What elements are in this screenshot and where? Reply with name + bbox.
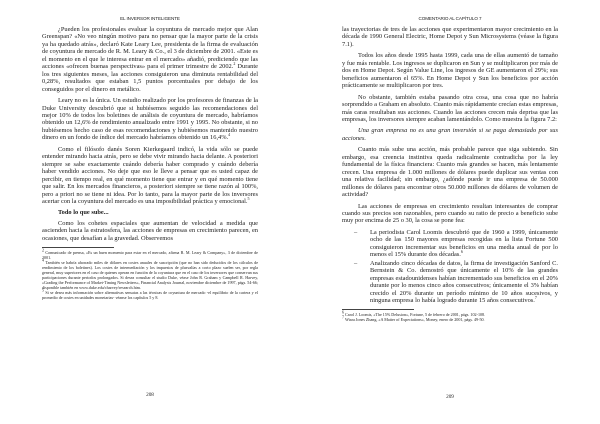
footnote: 2 Comunicado de prensa, «Es un buen mome… bbox=[42, 250, 258, 260]
emphasis-paragraph: Una gran empresa no es una gran inversió… bbox=[342, 127, 558, 142]
footnote-ref[interactable]: 4 bbox=[228, 132, 230, 137]
running-head: COMENTARIO AL CAPÍTULO 7 bbox=[342, 16, 558, 26]
dash-bullet-icon: – bbox=[354, 260, 357, 267]
paragraph: Cuanto más sube una acción, más probable… bbox=[342, 146, 558, 198]
section-heading: Todo lo que sube... bbox=[58, 209, 258, 216]
bullet-list: –La periodista Carol Loomis descubrió qu… bbox=[342, 229, 558, 305]
footnote-divider bbox=[42, 247, 114, 248]
footnote: 7 Wiara Jones Zhang, «A Matter of Expect… bbox=[342, 317, 558, 322]
list-item: –Analizando cinco décadas de datos, la f… bbox=[342, 260, 558, 305]
paragraph: ¿Pueden los profesionales evaluar la coy… bbox=[42, 26, 258, 93]
body-text: ¿Pueden los profesionales evaluar la coy… bbox=[42, 26, 258, 242]
footnote: 4 También se habría ahorrado miles de dó… bbox=[42, 260, 258, 290]
footnotes: 2 Comunicado de prensa, «Es un buen mome… bbox=[42, 250, 258, 300]
footnote-divider bbox=[342, 309, 414, 310]
paragraph: Como el filósofo danés Soren Kierkegaard… bbox=[42, 146, 258, 206]
left-page: EL INVERSOR INTELIGENTE ¿Pueden los prof… bbox=[42, 0, 258, 424]
footnotes: 6 Carol J. Loomis, «The 15% Delusion», F… bbox=[342, 312, 558, 322]
right-page: COMENTARIO AL CAPÍTULO 7 las trayectoria… bbox=[342, 0, 558, 424]
body-text: las trayectorias de tres de las acciones… bbox=[342, 26, 558, 304]
page-number: 209 bbox=[342, 394, 558, 400]
dash-bullet-icon: – bbox=[354, 229, 357, 236]
footnote-ref[interactable]: 7 bbox=[535, 295, 537, 300]
footnote-ref[interactable]: 6 bbox=[461, 249, 463, 254]
list-item: –La periodista Carol Loomis descubrió qu… bbox=[342, 229, 558, 259]
page-number: 208 bbox=[42, 392, 258, 398]
paragraph: Como los cohetes espaciales que aumentan… bbox=[42, 220, 258, 242]
paragraph: No obstante, también estaba pasando otra… bbox=[342, 94, 558, 124]
paragraph: Leary no es la única. Un estudio realiza… bbox=[42, 97, 258, 142]
running-head: EL INVERSOR INTELIGENTE bbox=[42, 16, 258, 26]
footnote: 5 Si se desea más información sobre alte… bbox=[42, 290, 258, 300]
paragraph: Las acciones de empresas en crecimiento … bbox=[342, 203, 558, 225]
footnote-ref[interactable]: 5 bbox=[247, 196, 249, 201]
paragraph: las trayectorias de tres de las acciones… bbox=[342, 26, 558, 48]
paragraph: Todos los años desde 1995 hasta 1999, ca… bbox=[342, 52, 558, 89]
